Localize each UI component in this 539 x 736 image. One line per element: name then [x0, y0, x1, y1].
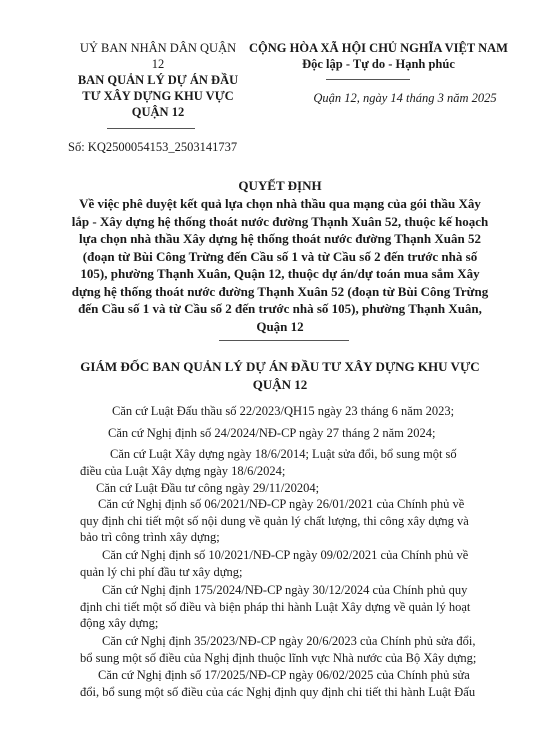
legal-basis-text: Căn cứ Nghị định số 10/2021/NĐ-CP ngày 0…: [80, 547, 498, 564]
legal-basis-text: Căn cứ Nghị định 175/2024/NĐ-CP ngày 30/…: [80, 582, 498, 599]
legal-basis-text: quản lý chi phí đầu tư xây dựng;: [80, 564, 498, 581]
agency-line-2: TƯ XÂY DỰNG KHU VỰC: [70, 88, 246, 104]
document-number: Số: KQ2500054153_2503141737: [68, 140, 237, 155]
decision-title: QUYẾT ĐỊNH: [40, 178, 520, 194]
legal-basis-6: Căn cứ Nghị định số 10/2021/NĐ-CP ngày 0…: [80, 547, 498, 580]
legal-basis-text: Căn cứ Nghị định số 17/2025/NĐ-CP ngày 0…: [80, 667, 498, 684]
legal-basis-2: Căn cứ Nghị định số 24/2024/NĐ-CP ngày 2…: [80, 425, 498, 442]
legal-basis-text: điều của Luật Xây dựng ngày 18/6/2024;: [80, 463, 498, 480]
issuing-agency-block: UỶ BAN NHÂN DÂN QUẬN 12 BAN QUẢN LÝ DỰ Á…: [70, 40, 246, 120]
legal-basis-9: Căn cứ Nghị định số 17/2025/NĐ-CP ngày 0…: [80, 667, 498, 700]
legal-basis-text: động xây dựng;: [80, 615, 498, 632]
subject-line: đến Cầu số 1 và từ Cầu số 2 đến trước nh…: [62, 300, 498, 318]
legal-basis-text: quy định chi tiết một số nội dung về quả…: [80, 513, 498, 530]
right-header-divider: [326, 79, 410, 80]
left-header-divider: [107, 128, 195, 129]
subject-line: Về việc phê duyệt kết quả lựa chọn nhà t…: [62, 195, 498, 213]
legal-basis-text: Căn cứ Nghị định 35/2023/NĐ-CP ngày 20/6…: [80, 633, 498, 650]
place-date: Quận 12, ngày 14 tháng 3 năm 2025: [280, 91, 530, 106]
legal-basis-3: Căn cứ Luật Xây dựng ngày 18/6/2014; Luậ…: [80, 446, 498, 479]
subject-line: (đoạn từ Bùi Công Trừng đến Cầu số 1 và …: [62, 248, 498, 266]
legal-basis-text: bảo trì công trình xây dựng;: [80, 529, 498, 546]
national-title: CỘNG HÒA XÃ HỘI CHỦ NGHĨA VIỆT NAM: [226, 40, 531, 56]
subject-line: lựa chọn nhà thầu Xây dựng hệ thống thoá…: [62, 230, 498, 248]
issuer-line-2: 12: [70, 56, 246, 72]
agency-line-1: BAN QUẢN LÝ DỰ ÁN ĐẦU: [70, 72, 246, 88]
agency-line-3: QUẬN 12: [70, 104, 246, 120]
legal-basis-text: đổi, bổ sung một số điều của các Nghị đị…: [80, 684, 498, 701]
legal-basis-text: định chi tiết một số điều và biện pháp t…: [80, 599, 498, 616]
subject-line: Quận 12: [62, 318, 498, 336]
issuer-line-1: UỶ BAN NHÂN DÂN QUẬN: [70, 40, 246, 56]
issuing-authority: GIÁM ĐỐC BAN QUẢN LÝ DỰ ÁN ĐẦU TƯ XÂY DỰ…: [60, 358, 500, 393]
authority-line-1: GIÁM ĐỐC BAN QUẢN LÝ DỰ ÁN ĐẦU TƯ XÂY DỰ…: [60, 358, 500, 376]
legal-basis-8: Căn cứ Nghị định 35/2023/NĐ-CP ngày 20/6…: [80, 633, 498, 666]
legal-basis-text: Căn cứ Luật Xây dựng ngày 18/6/2014; Luậ…: [80, 446, 498, 463]
subject-line: dựng hệ thống thoát nước đường Thạnh Xuâ…: [62, 283, 498, 301]
legal-basis-1: Căn cứ Luật Đấu thầu số 22/2023/QH15 ngà…: [80, 403, 498, 420]
decision-subject: Về việc phê duyệt kết quả lựa chọn nhà t…: [62, 195, 498, 335]
legal-basis-text: bổ sung một số điều của Nghị định thuộc …: [80, 650, 498, 667]
national-motto: Độc lập - Tự do - Hạnh phúc: [226, 56, 531, 72]
title-divider: [219, 340, 349, 341]
legal-basis-4: Căn cứ Luật Đầu tư công ngày 29/11/20204…: [80, 480, 498, 497]
legal-basis-5: Căn cứ Nghị định số 06/2021/NĐ-CP ngày 2…: [80, 496, 498, 546]
legal-basis-7: Căn cứ Nghị định 175/2024/NĐ-CP ngày 30/…: [80, 582, 498, 632]
subject-line: lắp - Xây dựng hệ thống thoát nước đường…: [62, 213, 498, 231]
legal-basis-text: Căn cứ Nghị định số 06/2021/NĐ-CP ngày 2…: [80, 496, 498, 513]
authority-line-2: QUẬN 12: [60, 376, 500, 394]
subject-line: 105), phường Thạnh Xuân, Quận 12, thuộc …: [62, 265, 498, 283]
national-header-block: CỘNG HÒA XÃ HỘI CHỦ NGHĨA VIỆT NAM Độc l…: [226, 40, 531, 72]
